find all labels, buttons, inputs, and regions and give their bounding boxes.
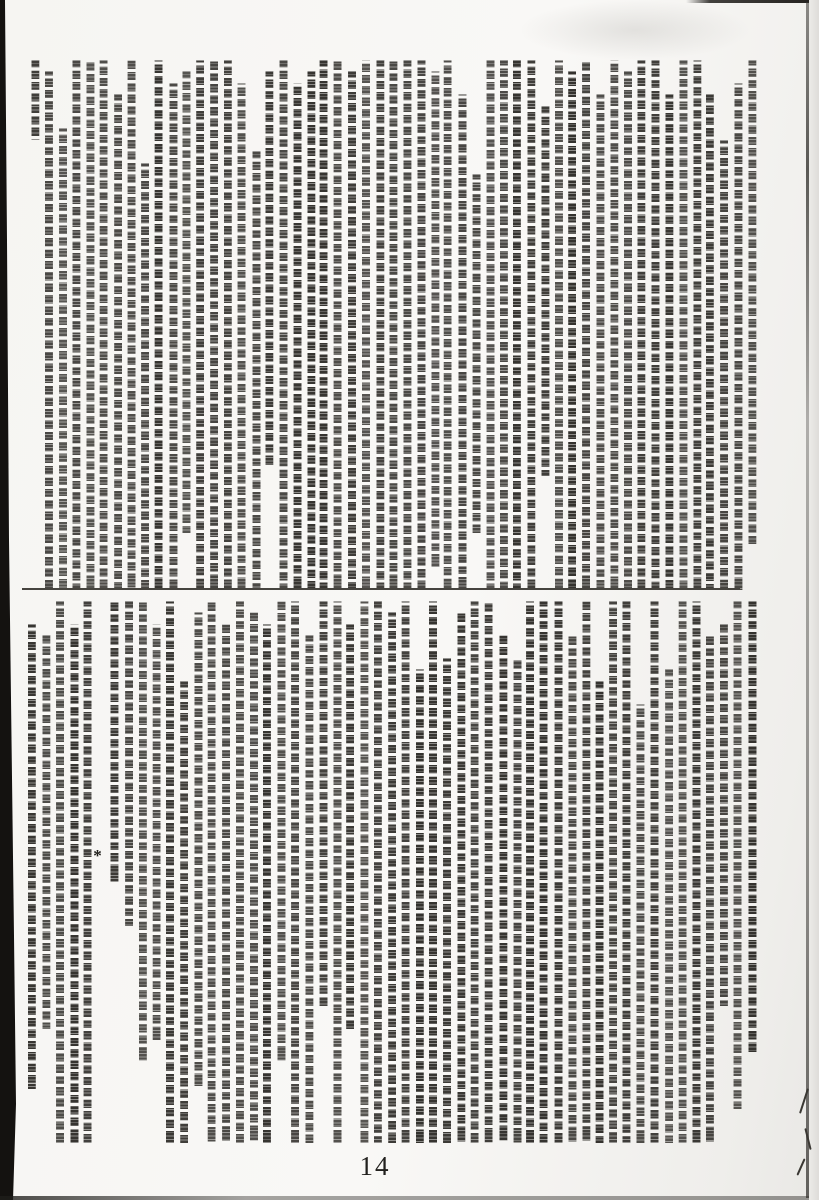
text-column [44,71,54,590]
section-divider-rule [22,588,740,590]
text-column [207,601,217,1143]
text-column [442,658,452,1143]
text-column [292,83,302,590]
text-column [472,174,482,533]
text-column [154,60,164,590]
text-column [209,60,219,590]
text-column [400,601,410,1143]
text-column [251,151,261,590]
scanned-book-page: * 14 [0,0,819,1200]
text-column [347,71,357,590]
text-column [318,601,328,1006]
text-column [540,106,550,476]
text-column [140,163,150,590]
scan-edge-left [0,0,20,1200]
text-column [319,60,329,590]
text-column [265,71,275,464]
text-block-top [30,60,757,590]
text-column: * [96,601,106,1143]
text-column [414,669,424,1143]
text-column [554,601,564,1143]
text-column [637,60,647,590]
text-column [83,601,93,1143]
text-column [526,60,536,590]
text-column [595,94,605,590]
text-column [58,128,68,590]
text-column [622,601,632,1143]
text-column [168,83,178,590]
text-column [430,71,440,567]
text-column [55,601,65,1143]
text-column [221,624,231,1143]
text-column [485,60,495,590]
text-column [705,94,715,590]
text-column [719,624,729,1006]
text-column [235,601,245,1143]
text-column [127,60,137,590]
section-break-asterisk: * [93,846,102,866]
text-column [623,71,633,590]
text-column [525,601,535,1143]
text-column [554,60,564,590]
text-column [470,601,480,1143]
text-column [109,601,119,883]
text-column [594,681,604,1143]
text-column [223,60,233,590]
text-column [747,601,757,1052]
text-column [138,601,148,1062]
text-column [306,71,316,590]
text-column [416,60,426,590]
text-column [649,601,659,1143]
text-column [402,60,412,590]
text-column [72,60,82,590]
text-column [512,60,522,590]
text-column [677,601,687,1143]
text-column [346,624,356,1029]
text-column [124,601,134,926]
text-column [428,601,438,1143]
text-column [30,60,40,140]
text-column [290,601,300,1143]
text-column [705,635,715,1143]
text-column [196,60,206,590]
text-block-bottom: * [27,601,757,1143]
text-column [165,601,175,1143]
text-column [69,624,79,1143]
text-column [387,612,397,1143]
text-column [664,94,674,590]
text-column [636,704,646,1143]
text-column [733,601,743,1109]
text-column [360,601,370,1143]
text-column [279,60,289,590]
text-column [99,60,109,590]
text-column [456,612,466,1143]
text-column [361,60,371,590]
text-column [180,681,190,1143]
text-column [27,624,37,1089]
text-column [86,60,96,590]
text-column [262,624,272,1143]
text-column [458,94,468,590]
scan-edge-bottom [0,1196,819,1200]
text-column [691,601,701,1143]
text-column [113,94,123,590]
text-column [609,60,619,590]
scan-artifact-mark [796,1158,805,1175]
text-column [567,635,577,1143]
text-column [498,635,508,1143]
page-number: 14 [325,1151,425,1182]
text-column [498,60,508,590]
text-column [664,669,674,1143]
text-column [733,83,743,590]
text-column [236,83,246,590]
text-column [41,635,51,1029]
text-column [277,601,287,1063]
text-column [719,140,729,590]
text-column [389,60,399,590]
scan-edge-right [809,0,819,1200]
text-column [181,71,191,533]
text-column [651,60,661,590]
text-column [304,635,314,1143]
scan-edge-top-right [686,0,819,3]
text-column [581,60,591,590]
text-column [333,60,343,590]
text-column [678,60,688,590]
text-column [747,60,757,544]
text-column [194,612,204,1086]
text-column [373,601,383,1143]
text-column [692,60,702,590]
text-column [443,60,453,590]
text-column [375,60,385,590]
text-column [151,624,161,1041]
text-column [512,658,522,1143]
text-column [609,601,619,1143]
text-column [248,612,258,1143]
text-column [568,71,578,590]
text-column [332,601,342,1143]
text-column [539,601,549,1143]
text-column [581,601,591,1143]
scan-smudge [520,0,750,60]
text-column [484,601,494,1143]
